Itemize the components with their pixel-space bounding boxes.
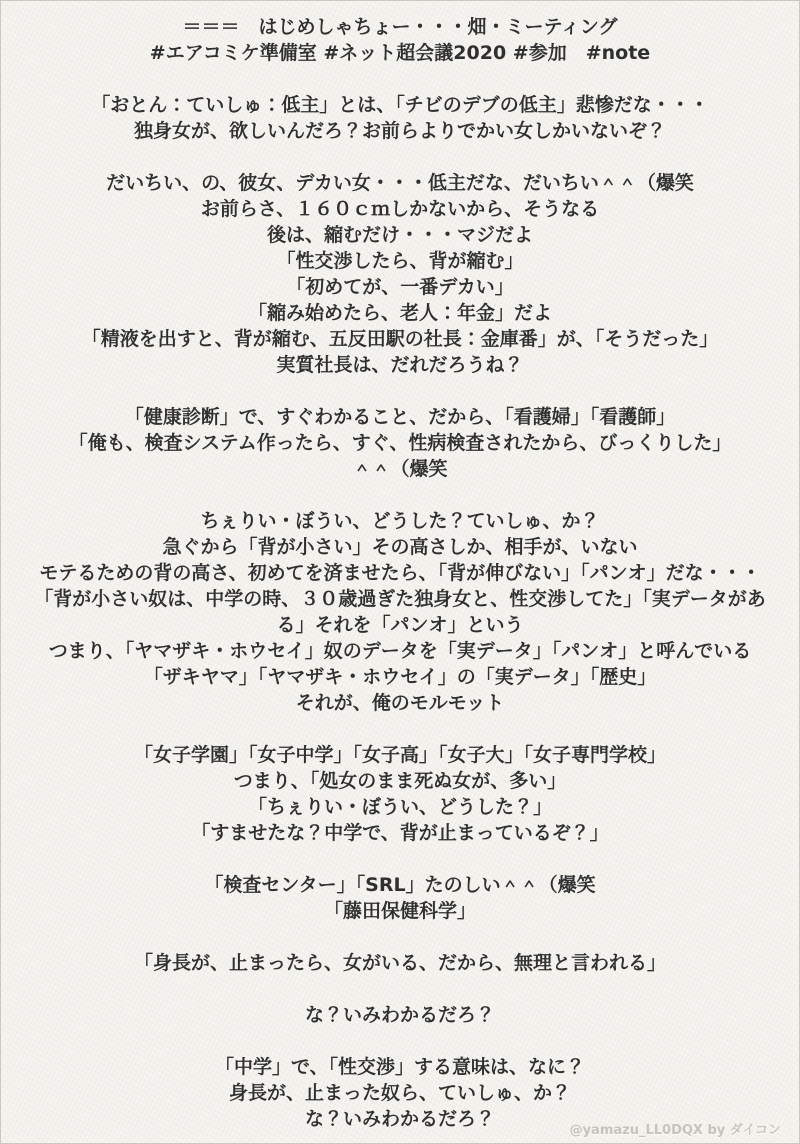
text-line: 実質社長は、だれだろうね？ [1,352,799,378]
title-line: ＝＝＝ はじめしゃちょー・・・畑・ミーティング [1,14,799,40]
title-line: #エアコミケ準備室 #ネット超会議2020 #参加 #note [1,40,799,66]
text-line: 「藤田保健科学」 [1,898,799,924]
text-line: だいちい、の、彼女、デカい女・・・低主だな、だいちい＾＾（爆笑 [1,170,799,196]
text-line: モテるための背の高さ、初めてを済ませたら、「背が伸びない」「パンオ」だな・・・ [1,560,799,586]
text-line: 「検査センター」「SRL」たのしい＾＾（爆笑 [1,872,799,898]
text-line: 「ちぇりい・ぼうい、どうした？」 [1,794,799,820]
text-line: 「俺も、検査システム作ったら、すぐ、性病検査されたから、びっくりした」 [1,430,799,456]
paragraph-7: 「検査センター」「SRL」たのしい＾＾（爆笑「藤田保健科学」 [1,872,799,924]
text-line: 急ぐから「背が小さい」その高さしか、相手が、いない [1,534,799,560]
paragraph-8: 「身長が、止まったら、女がいる、だから、無理と言われる」 [1,950,799,976]
text-line: 「背が小さい奴は、中学の時、３０歳過ぎた独身女と、性交渉してた」「実データがあ [1,586,799,612]
text-line: る」それを「パンオ」という [1,612,799,638]
text-line: な？いみわかるだろ？ [1,1002,799,1028]
text-line: お前らさ、１６０ｃｍしかないから、そうなる [1,196,799,222]
paragraph-1: ＝＝＝ はじめしゃちょー・・・畑・ミーティング#エアコミケ準備室 #ネット超会議… [1,14,799,66]
text-line: ＾＾（爆笑 [1,456,799,482]
text-line: 「ザキヤマ」「ヤマザキ・ホウセイ」の「実データ」「歴史」 [1,664,799,690]
text-line: 「健康診断」で、すぐわかること、だから、「看護婦」「看護師」 [1,404,799,430]
text-line: つまり、「ヤマザキ・ホウセイ」奴のデータを「実データ」「パンオ」と呼んでいる [1,638,799,664]
paragraph-6: 「女子学園」「女子中学」「女子高」「女子大」「女子専門学校」つまり、「処女のまま… [1,742,799,846]
text-line: 「精液を出すと、背が縮む、五反田駅の社長：金庫番」が、「そうだった」 [1,326,799,352]
text-line: 「中学」で、「性交渉」する意味は、なに？ [1,1054,799,1080]
text-line: 「身長が、止まったら、女がいる、だから、無理と言われる」 [1,950,799,976]
paragraph-9: な？いみわかるだろ？ [1,1002,799,1028]
text-line: 「女子学園」「女子中学」「女子高」「女子大」「女子専門学校」 [1,742,799,768]
text-line: 「初めてが、一番デカい」 [1,274,799,300]
text-line: つまり、「処女のまま死ぬ女が、多い」 [1,768,799,794]
text-line: 「おとん：ていしゅ：低主」とは、「チビのデブの低主」悲惨だな・・・ [1,92,799,118]
text-line: 独身女が、欲しいんだろ？お前らよりでかい女しかいないぞ？ [1,118,799,144]
transcript: ＝＝＝ はじめしゃちょー・・・畑・ミーティング#エアコミケ準備室 #ネット超会議… [1,14,799,1132]
watermark-credit: @yamazu_LL0DQX by ダイコン [570,1119,781,1138]
text-line: ちぇりい・ぼうい、どうした？ていしゅ、か？ [1,508,799,534]
text-line: 「すませたな？中学で、背が止まっているぞ？」 [1,820,799,846]
paragraph-3: だいちい、の、彼女、デカい女・・・低主だな、だいちい＾＾（爆笑お前らさ、１６０ｃ… [1,170,799,378]
paragraph-5: ちぇりい・ぼうい、どうした？ていしゅ、か？急ぐから「背が小さい」その高さしか、相… [1,508,799,716]
page: ＝＝＝ はじめしゃちょー・・・畑・ミーティング#エアコミケ準備室 #ネット超会議… [0,0,800,1144]
paragraph-2: 「おとん：ていしゅ：低主」とは、「チビのデブの低主」悲惨だな・・・独身女が、欲し… [1,92,799,144]
text-line: それが、俺のモルモット [1,690,799,716]
text-line: 後は、縮むだけ・・・マジだよ [1,222,799,248]
text-line: 身長が、止まった奴ら、ていしゅ、か？ [1,1080,799,1106]
text-line: 「性交渉したら、背が縮む」 [1,248,799,274]
text-line: 「縮み始めたら、老人：年金」だよ [1,300,799,326]
paragraph-4: 「健康診断」で、すぐわかること、だから、「看護婦」「看護師」「俺も、検査システム… [1,404,799,482]
